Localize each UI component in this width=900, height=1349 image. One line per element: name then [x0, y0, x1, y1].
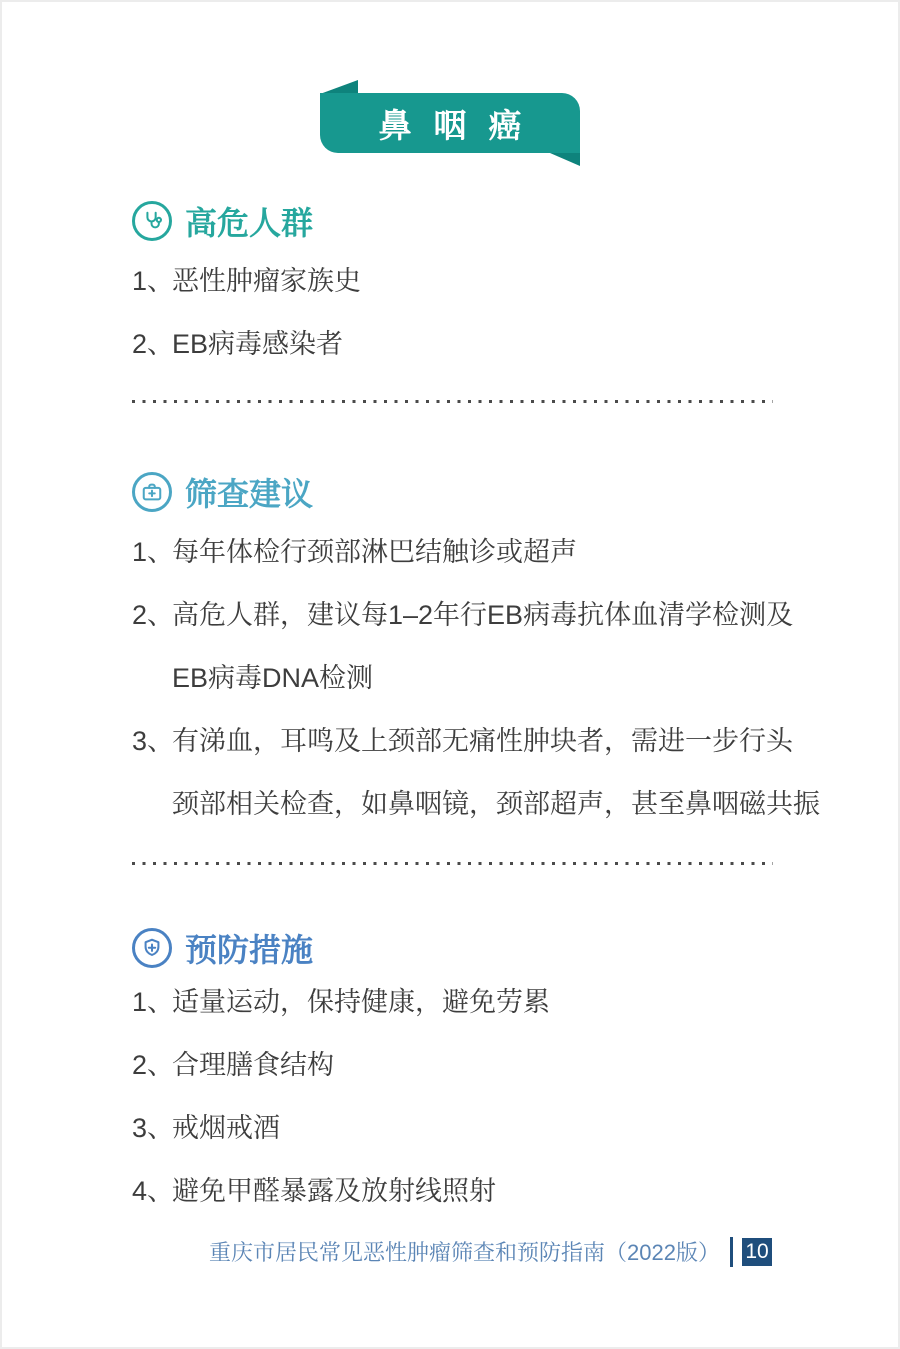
ribbon-fold-right [550, 153, 580, 166]
list-item: 1、 适量运动，保持健康，避免劳累 [132, 971, 773, 1034]
section-title: 高危人群 [185, 198, 313, 244]
section-header-prevention: 预防措施 [132, 925, 773, 971]
list-item: 3、 戒烟戒酒 [132, 1097, 773, 1160]
section-title: 筛查建议 [185, 469, 313, 515]
stethoscope-icon [132, 201, 172, 241]
list-item-number: 1、 [132, 971, 174, 1034]
ribbon-fold-left [320, 80, 358, 94]
list-item-number: 2、 [132, 1034, 174, 1097]
title-ribbon: 鼻咽癌 [320, 80, 580, 166]
list-item-text: 每年体检行颈部淋巴结触诊或超声 [172, 521, 773, 584]
page-content: 高危人群 1、 恶性肿瘤家族史 2、 EB病毒感染者 筛查建议 1、 每年体检行… [2, 198, 898, 1223]
list-item-number: 1、 [132, 250, 174, 313]
list-item-text: 合理膳食结构 [172, 1034, 773, 1097]
list-item-number: 2、 [132, 584, 174, 647]
list-item: 3、 有涕血，耳鸣及上颈部无痛性肿块者，需进一步行头 颈部相关检查，如鼻咽镜，颈… [132, 710, 773, 836]
list-item-text: 避免甲醛暴露及放射线照射 [172, 1160, 773, 1223]
list-item-text: 戒烟戒酒 [172, 1097, 773, 1160]
list-item-text: 适量运动，保持健康，避免劳累 [172, 971, 773, 1034]
list-item: 2、 合理膳食结构 [132, 1034, 773, 1097]
list-item-text: 恶性肿瘤家族史 [172, 250, 773, 313]
footer-separator [730, 1237, 733, 1267]
list-item: 1、 恶性肿瘤家族史 [132, 250, 773, 313]
section-header-screening: 筛查建议 [132, 469, 773, 515]
footer-guide-title: 重庆市居民常见恶性肿瘤筛查和预防指南（2022版） [209, 1236, 720, 1267]
section-title: 预防措施 [185, 925, 313, 971]
high-risk-list: 1、 恶性肿瘤家族史 2、 EB病毒感染者 [132, 250, 773, 376]
list-item-number: 3、 [132, 1097, 174, 1160]
list-item-text: 有涕血，耳鸣及上颈部无痛性肿块者，需进一步行头 [172, 710, 773, 773]
list-item-number: 3、 [132, 710, 174, 773]
dotted-divider [132, 400, 773, 403]
section-header-high-risk: 高危人群 [132, 198, 773, 244]
page-footer: 重庆市居民常见恶性肿瘤筛查和预防指南（2022版） 10 [209, 1236, 772, 1267]
screening-list: 1、 每年体检行颈部淋巴结触诊或超声 2、 高危人群，建议每1–2年行EB病毒抗… [132, 521, 773, 836]
list-item-text: EB病毒感染者 [172, 313, 773, 376]
shield-cross-icon [132, 928, 172, 968]
medical-kit-icon [132, 472, 172, 512]
list-item: 1、 每年体检行颈部淋巴结触诊或超声 [132, 521, 773, 584]
list-item-number: 4、 [132, 1160, 174, 1223]
list-item: 2、 高危人群，建议每1–2年行EB病毒抗体血清学检测及 EB病毒DNA检测 [132, 584, 773, 710]
list-item-text: EB病毒DNA检测 [172, 647, 773, 710]
prevention-list: 1、 适量运动，保持健康，避免劳累 2、 合理膳食结构 3、 戒烟戒酒 4、 避… [132, 971, 773, 1223]
list-item: 4、 避免甲醛暴露及放射线照射 [132, 1160, 773, 1223]
list-item-number: 1、 [132, 521, 174, 584]
page-number-badge: 10 [742, 1238, 772, 1266]
list-item: 2、 EB病毒感染者 [132, 313, 773, 376]
dotted-divider [132, 862, 773, 865]
list-item-text: 高危人群，建议每1–2年行EB病毒抗体血清学检测及 [172, 584, 773, 647]
list-item-text: 颈部相关检查，如鼻咽镜，颈部超声，甚至鼻咽磁共振 [172, 773, 773, 836]
page-title: 鼻咽癌 [320, 93, 580, 153]
list-item-number: 2、 [132, 313, 174, 376]
